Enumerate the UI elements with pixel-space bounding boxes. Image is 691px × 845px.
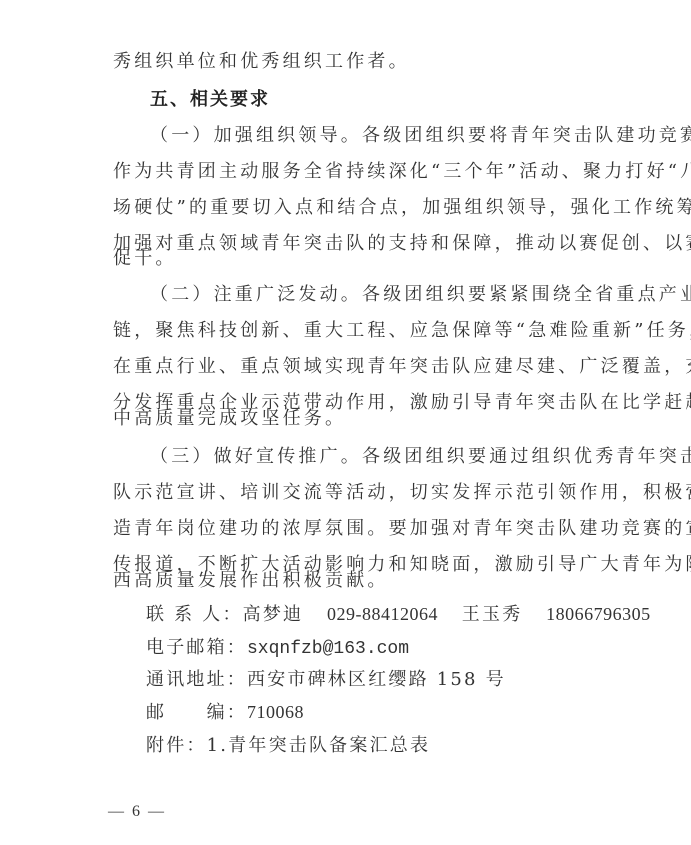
contact-person1-phone: 029-88412064 [327, 604, 438, 624]
document-page: 秀组织单位和优秀组织工作者。 五、相关要求 （一）加强组织领导。各级团组织要将青… [0, 0, 691, 845]
postcode-row: 邮 编：710068 [146, 700, 304, 725]
address-row: 通讯地址：西安市碑林区红缨路 158 号 [146, 668, 506, 692]
item-3-line-2: 队示范宣讲、培训交流等活动，切实发挥示范引领作用，积极营 [113, 481, 691, 505]
email-label: 电子邮箱： [146, 637, 247, 658]
contact-person1-name: 高梦迪 [243, 604, 304, 625]
item-3-line-3: 造青年岗位建功的浓厚氛围。要加强对青年突击队建功竞赛的宣 [113, 517, 691, 541]
attachment-value: 1.青年突击队备案汇总表 [207, 735, 431, 756]
contact-person-row: 联 系 人：高梦迪 029-88412064 王玉秀 18066796305 [146, 602, 651, 627]
email-row: 电子邮箱：sxqnfzb@163.com [146, 636, 409, 661]
item-1-line-4: 加强对重点领域青年突击队的支持和保障，推动以赛促创、以赛 [113, 232, 691, 256]
item-1-line-5: 促干。 [113, 247, 177, 271]
item-2-line-3: 在重点行业、重点领域实现青年突击队应建尽建、广泛覆盖，充 [113, 355, 691, 379]
postcode-label: 邮 编： [146, 702, 247, 723]
item-2-line-1: （二）注重广泛发动。各级团组织要紧紧围绕全省重点产业 [150, 283, 691, 307]
intro-tail-text: 秀组织单位和优秀组织工作者。 [113, 50, 410, 74]
contact-person2-name: 王玉秀 [462, 604, 523, 625]
page-number: — 6 — [108, 803, 166, 821]
postcode-value: 710068 [247, 702, 304, 722]
contact-person-label: 联 系 人： [146, 604, 243, 625]
item-3-line-1: （三）做好宣传推广。各级团组织要通过组织优秀青年突击 [150, 445, 691, 469]
attachment-row: 附件：1.青年突击队备案汇总表 [146, 734, 430, 758]
item-1-line-1: （一）加强组织领导。各级团组织要将青年突击队建功竞赛 [150, 124, 691, 148]
address-label: 通讯地址： [146, 669, 247, 690]
item-3-line-5: 西高质量发展作出积极贡献。 [113, 569, 389, 593]
item-1-line-3: 场硬仗”的重要切入点和结合点，加强组织领导，强化工作统筹， [113, 196, 691, 220]
section-heading: 五、相关要求 [150, 88, 270, 112]
item-1-line-2: 作为共青团主动服务全省持续深化“三个年”活动、聚力打好“八 [113, 160, 691, 184]
email-value: sxqnfzb@163.com [247, 639, 409, 659]
address-value: 西安市碑林区红缨路 158 号 [247, 669, 506, 690]
item-2-line-5: 中高质量完成攻坚任务。 [113, 407, 346, 431]
item-2-line-2: 链，聚焦科技创新、重大工程、应急保障等“急难险重新”任务， [113, 319, 691, 343]
contact-person2-phone: 18066796305 [546, 604, 651, 624]
attachment-label: 附件： [146, 735, 207, 756]
